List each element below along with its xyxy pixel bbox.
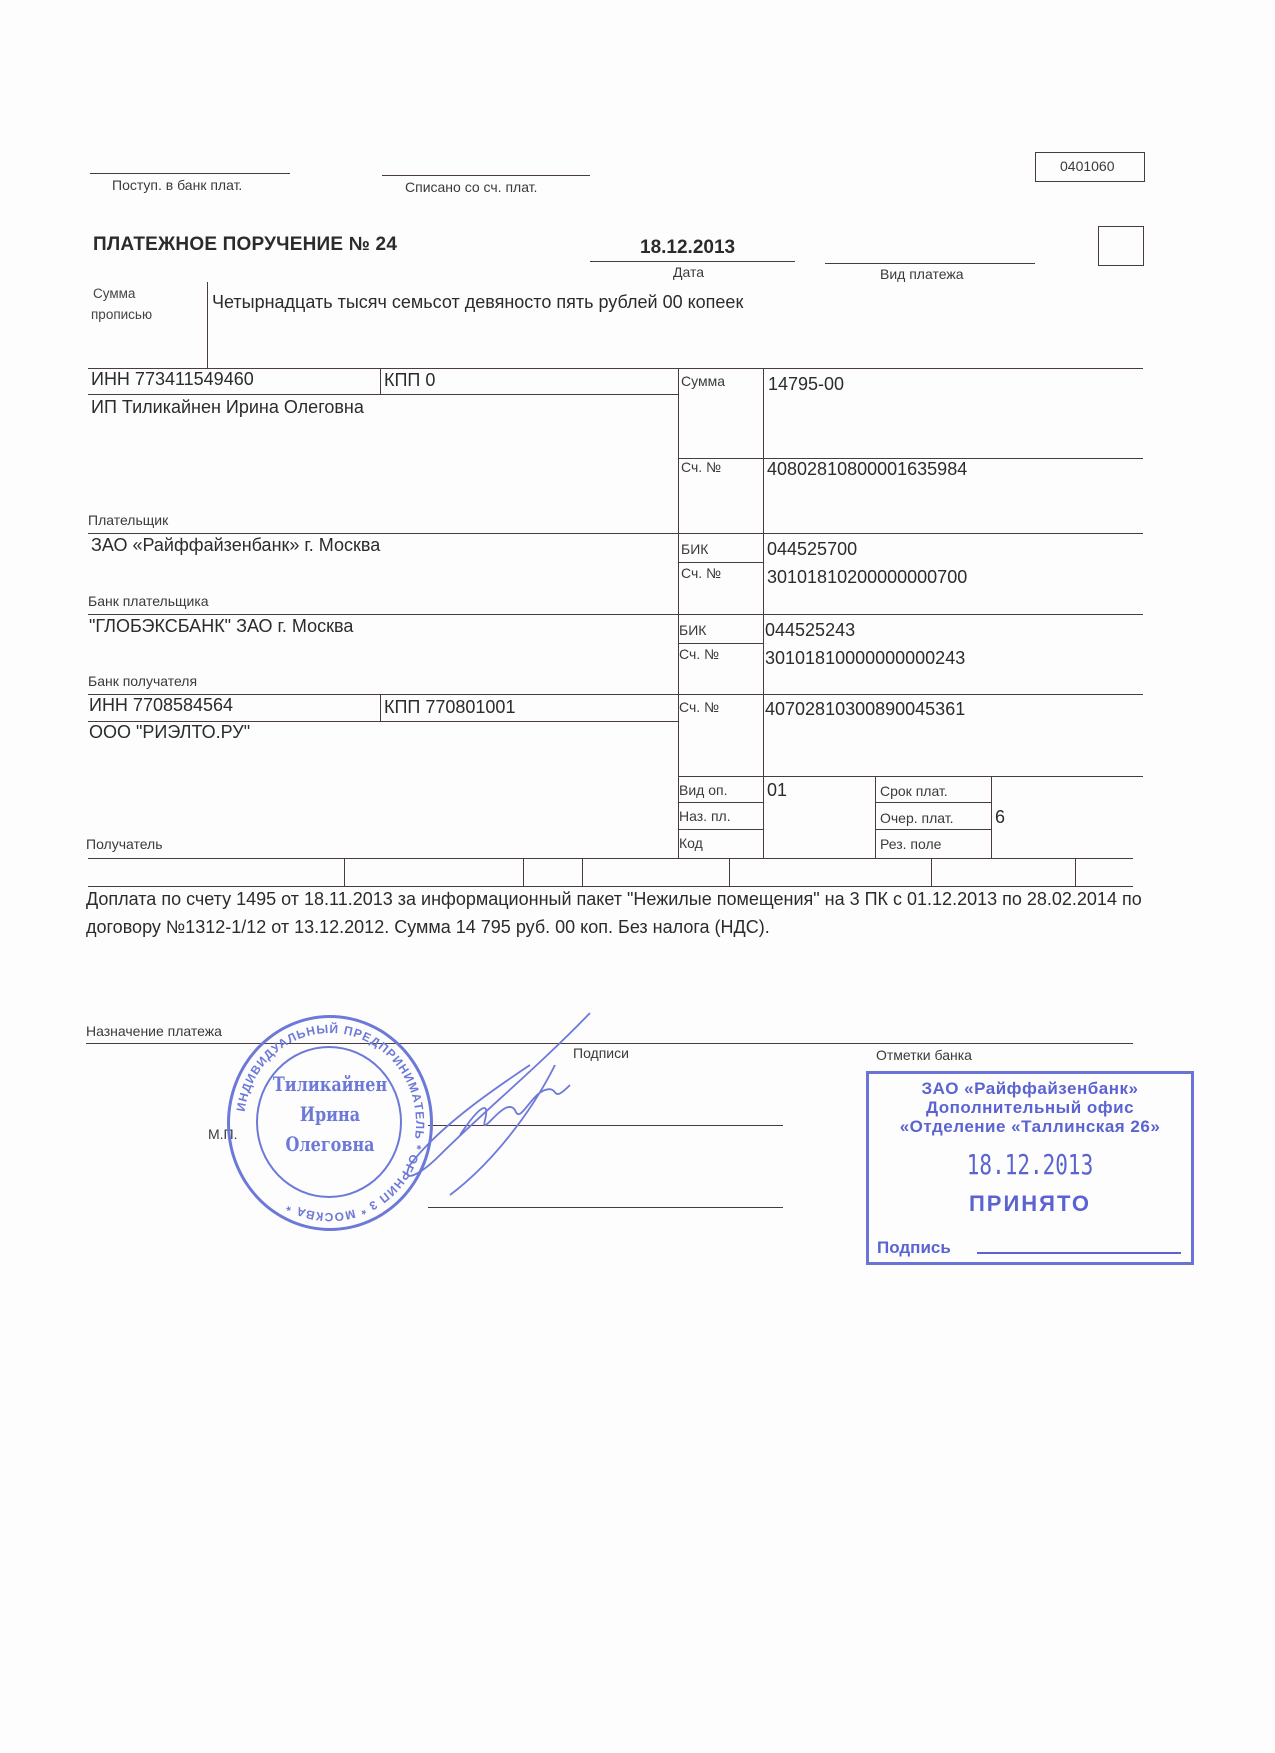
payer-bank-account-value: 30101810200000000700 <box>767 567 967 588</box>
bank-stamp-signature-label: Подпись <box>877 1238 951 1258</box>
payment-type-line <box>825 263 1035 264</box>
grid-line <box>582 858 583 886</box>
payer-name: ИП Тиликайнен Ирина Олеговна <box>91 397 364 418</box>
signature-line-2 <box>428 1207 783 1208</box>
amount-words-label-2: прописью <box>91 307 152 322</box>
form-code: 0401060 <box>1060 158 1115 174</box>
payer-bank-bik-label: БИК <box>681 541 708 557</box>
grid-line <box>678 802 763 803</box>
recipient-name: ООО "РИЭЛТО.РУ" <box>89 722 250 743</box>
payment-purpose-text: Доплата по счету 1495 от 18.11.2013 за и… <box>86 885 1146 941</box>
grid-line <box>380 694 381 721</box>
debited-line <box>382 175 590 176</box>
bank-acceptance-stamp: ЗАО «Райффайзенбанк» Дополнительный офис… <box>866 1071 1194 1265</box>
payer-kpp: КПП 0 <box>384 370 435 391</box>
priority-label: Очер. плат. <box>880 810 954 826</box>
grid-line <box>678 562 763 563</box>
purpose-code-label: Наз. пл. <box>679 808 731 824</box>
payment-type-label: Вид платежа <box>880 266 963 282</box>
grid-line <box>88 394 678 395</box>
bank-stamp-date: 18.12.2013 <box>909 1148 1151 1181</box>
bank-stamp-signature-line <box>977 1252 1181 1254</box>
grid-line <box>88 858 1133 859</box>
grid-line <box>875 802 991 803</box>
payer-label: Плательщик <box>88 512 168 528</box>
grid-line <box>875 776 876 858</box>
payment-purpose-label: Назначение платежа <box>86 1023 222 1039</box>
grid-line <box>875 829 991 830</box>
recipient-bank-bik-label: БИК <box>679 622 706 638</box>
grid-line <box>344 858 345 886</box>
grid-line <box>88 533 1143 534</box>
term-label: Срок плат. <box>880 783 948 799</box>
document-date: 18.12.2013 <box>640 237 735 259</box>
date-label: Дата <box>673 264 704 280</box>
sum-label: Сумма <box>681 373 725 389</box>
grid-line <box>991 776 992 858</box>
grid-line <box>380 368 381 394</box>
code-label: Код <box>679 835 703 851</box>
recipient-bank-account-value: 30101810000000000243 <box>765 648 965 669</box>
received-line <box>90 173 290 174</box>
grid-line <box>523 858 524 886</box>
recipient-bank-label: Банк получателя <box>88 673 197 689</box>
op-type-value: 01 <box>767 780 787 801</box>
page-title: ПЛАТЕЖНОЕ ПОРУЧЕНИЕ № 24 <box>93 234 397 256</box>
received-label: Поступ. в банк плат. <box>112 177 242 193</box>
bank-stamp-status: ПРИНЯТО <box>869 1191 1191 1217</box>
reserve-label: Рез. поле <box>880 836 941 852</box>
payer-bank-name: ЗАО «Райффайзенбанк» г. Москва <box>91 535 380 556</box>
payer-account-value: 40802810800001635984 <box>767 459 967 480</box>
date-line <box>590 261 795 262</box>
bank-stamp-line-3: «Отделение «Таллинская 26» <box>869 1117 1191 1136</box>
payer-bank-bik-value: 044525700 <box>767 539 857 560</box>
grid-line <box>763 368 764 858</box>
grid-line <box>88 614 1143 615</box>
sum-value: 14795-00 <box>768 374 844 395</box>
grid-line <box>729 858 730 886</box>
recipient-bank-name: "ГЛОБЭКСБАНК" ЗАО г. Москва <box>89 616 353 637</box>
form-code-box: 0401060 <box>1035 152 1145 182</box>
grid-line <box>88 694 1143 695</box>
payer-account-label: Сч. № <box>681 459 721 475</box>
payer-bank-label: Банк плательщика <box>88 593 209 609</box>
recipient-inn: ИНН 7708584564 <box>89 695 233 716</box>
priority-value: 6 <box>995 807 1005 828</box>
bank-stamp-line-1: ЗАО «Райффайзенбанк» <box>869 1079 1191 1098</box>
payer-inn: ИНН 773411549460 <box>91 369 254 390</box>
payment-type-box <box>1098 226 1144 266</box>
recipient-account-value: 40702810300890045361 <box>765 699 965 720</box>
bank-stamp-line-2: Дополнительный офис <box>869 1098 1191 1117</box>
grid-line <box>1075 858 1076 886</box>
recipient-kpp: КПП 770801001 <box>384 697 515 718</box>
payer-bank-account-label: Сч. № <box>681 565 721 581</box>
recipient-bank-bik-value: 044525243 <box>765 620 855 641</box>
recipient-bank-account-label: Сч. № <box>679 646 719 662</box>
debited-label: Списано со сч. плат. <box>405 179 537 195</box>
grid-line <box>931 858 932 886</box>
amount-words-divider <box>207 282 208 368</box>
handwritten-signature <box>380 1005 620 1205</box>
op-type-label: Вид оп. <box>679 782 727 798</box>
recipient-label: Получатель <box>86 836 163 852</box>
grid-line <box>678 776 1143 777</box>
grid-line <box>678 643 763 644</box>
bank-marks-label: Отметки банка <box>876 1047 972 1063</box>
amount-words-value: Четырнадцать тысяч семьсот девяносто пят… <box>212 292 743 313</box>
amount-words-label-1: Сумма <box>93 286 135 301</box>
recipient-account-label: Сч. № <box>679 699 719 715</box>
grid-line <box>678 829 763 830</box>
